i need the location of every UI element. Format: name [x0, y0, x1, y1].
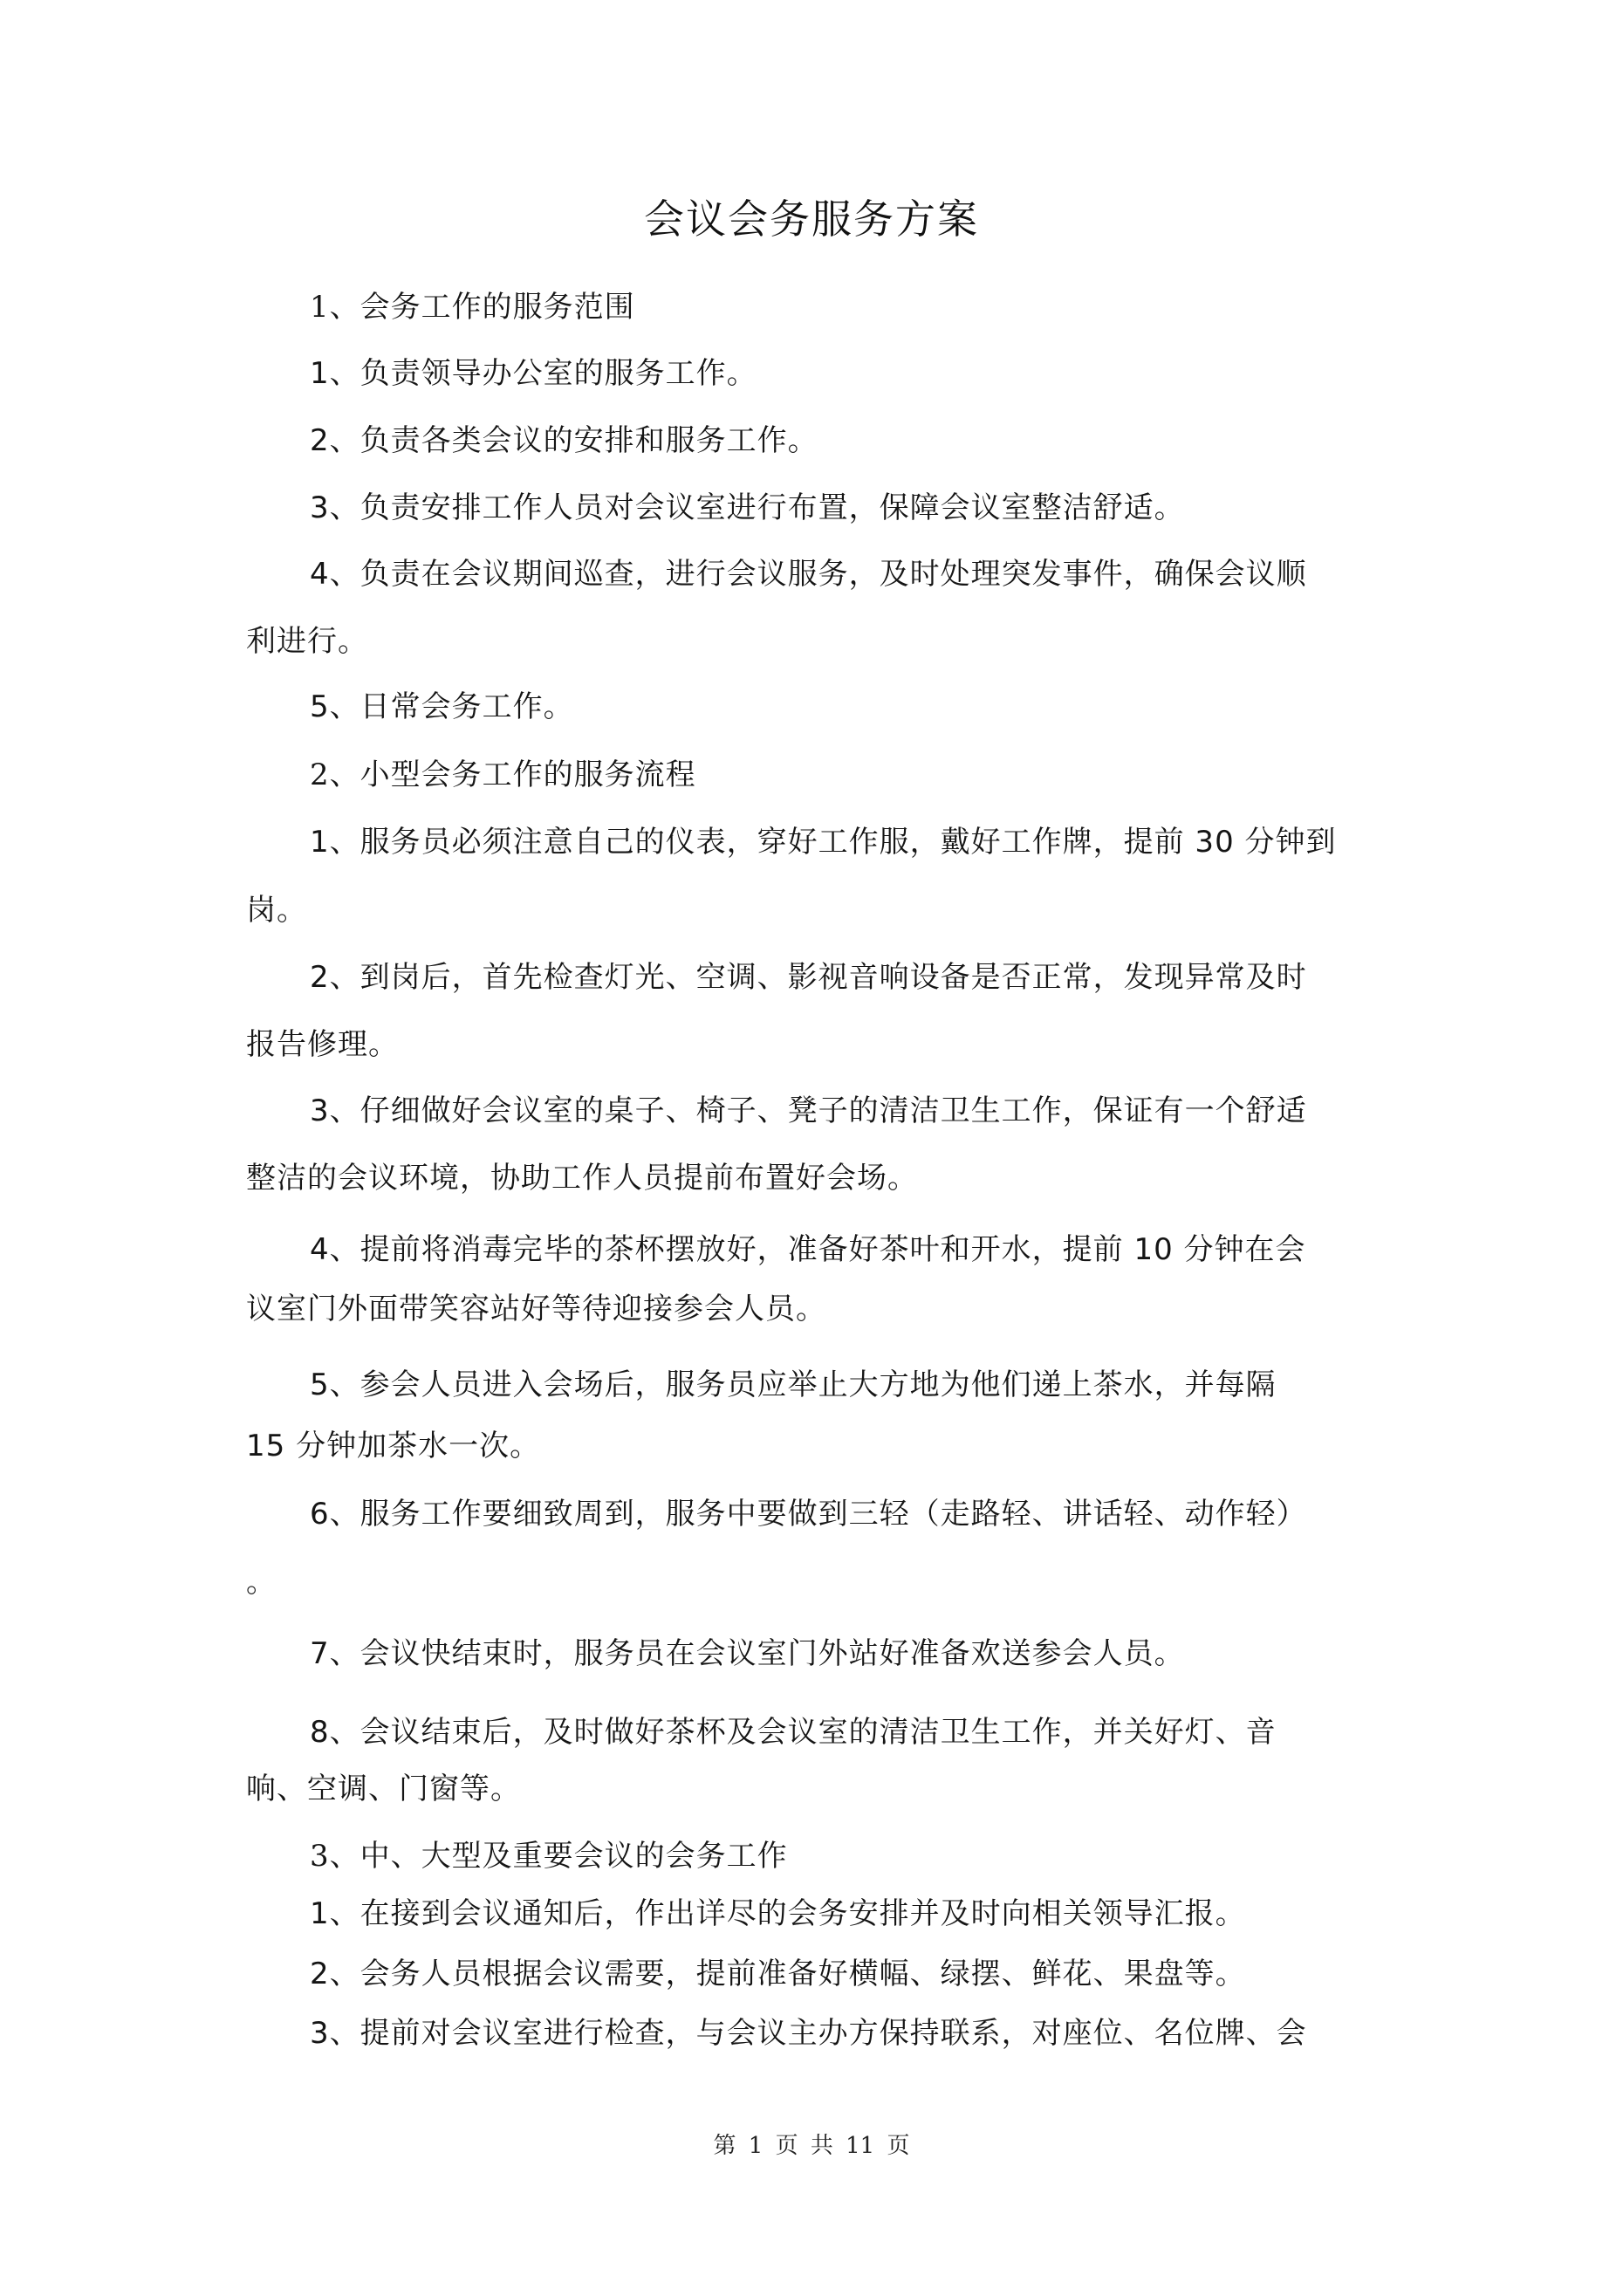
paragraph-continuation: 岗。 — [246, 893, 1398, 928]
paragraph: 2、会务人员根据会议需要，提前准备好横幅、绿摆、鲜花、果盘等。 — [310, 1957, 1462, 1991]
paragraph: 2、到岗后，首先检查灯光、空调、影视音响设备是否正常，发现异常及时 — [310, 960, 1462, 995]
section-heading-1: 1、会务工作的服务范围 — [310, 290, 1462, 325]
paragraph: 3、提前对会议室进行检查，与会议主办方保持联系，对座位、名位牌、会 — [310, 2016, 1462, 2051]
paragraph: 5、日常会务工作。 — [310, 689, 1462, 724]
paragraph: 6、服务工作要细致周到，服务中要做到三轻（走路轻、讲话轻、动作轻） — [310, 1497, 1462, 1532]
paragraph: 3、仔细做好会议室的桌子、椅子、凳子的清洁卫生工作，保证有一个舒适 — [310, 1093, 1462, 1128]
paragraph-continuation: 议室门外面带笑容站好等待迎接参会人员。 — [246, 1292, 1398, 1326]
paragraph-continuation: 整洁的会议环境，协助工作人员提前布置好会场。 — [246, 1161, 1398, 1196]
paragraph-continuation: 。 — [246, 1565, 1398, 1600]
paragraph: 4、负责在会议期间巡查，进行会议服务，及时处理突发事件，确保会议顺 — [310, 557, 1462, 592]
section-heading-3: 3、中、大型及重要会议的会务工作 — [310, 1839, 1462, 1874]
page-number-footer: 第 1 页 共 11 页 — [0, 2128, 1623, 2160]
paragraph: 2、负责各类会议的安排和服务工作。 — [310, 423, 1462, 458]
paragraph-continuation: 报告修理。 — [246, 1027, 1398, 1062]
paragraph: 1、服务员必须注意自己的仪表，穿好工作服，戴好工作牌，提前 30 分钟到 — [310, 825, 1462, 860]
paragraph: 4、提前将消毒完毕的茶杯摆放好，准备好茶叶和开水，提前 10 分钟在会 — [310, 1232, 1462, 1267]
section-heading-2: 2、小型会务工作的服务流程 — [310, 757, 1462, 792]
paragraph: 3、负责安排工作人员对会议室进行布置，保障会议室整洁舒适。 — [310, 490, 1462, 525]
paragraph: 1、负责领导办公室的服务工作。 — [310, 356, 1462, 391]
paragraph: 1、在接到会议通知后，作出详尽的会务安排并及时向相关领导汇报。 — [310, 1896, 1462, 1931]
document-title: 会议会务服务方案 — [0, 188, 1623, 245]
document-page: 会议会务服务方案 1、会务工作的服务范围 1、负责领导办公室的服务工作。 2、负… — [0, 0, 1623, 2296]
paragraph-continuation: 15 分钟加茶水一次。 — [246, 1429, 1398, 1463]
paragraph-continuation: 利进行。 — [246, 624, 1398, 659]
paragraph: 7、会议快结束时，服务员在会议室门外站好准备欢送参会人员。 — [310, 1636, 1462, 1671]
paragraph: 8、会议结束后，及时做好茶杯及会议室的清洁卫生工作，并关好灯、音 — [310, 1715, 1462, 1750]
paragraph-continuation: 响、空调、门窗等。 — [246, 1772, 1398, 1806]
paragraph: 5、参会人员进入会场后，服务员应举止大方地为他们递上茶水，并每隔 — [310, 1367, 1462, 1402]
